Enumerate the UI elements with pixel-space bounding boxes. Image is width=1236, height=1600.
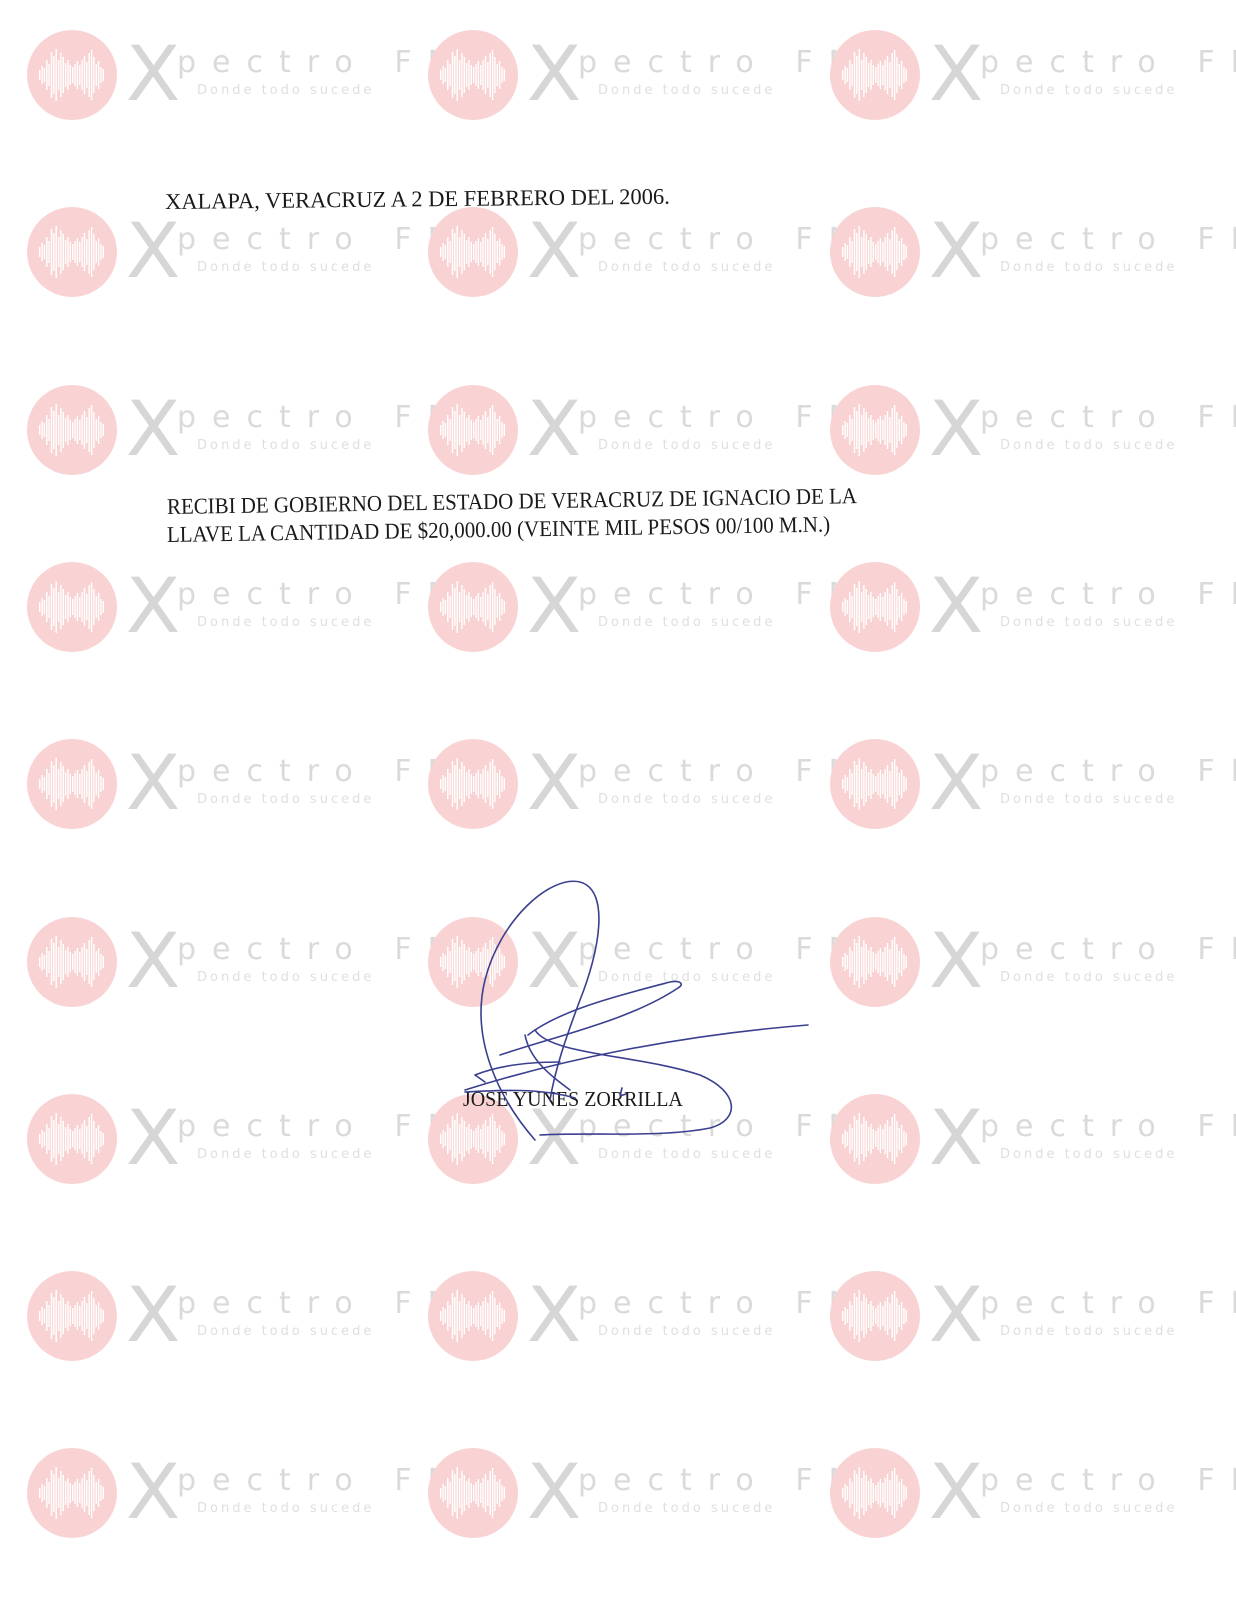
receipt-document: XALAPA, VERACRUZ A 2 DE FEBRERO DEL 2006… (0, 0, 1236, 1600)
date-line: XALAPA, VERACRUZ A 2 DE FEBRERO DEL 2006… (165, 184, 670, 215)
signature-icon (440, 870, 810, 1160)
